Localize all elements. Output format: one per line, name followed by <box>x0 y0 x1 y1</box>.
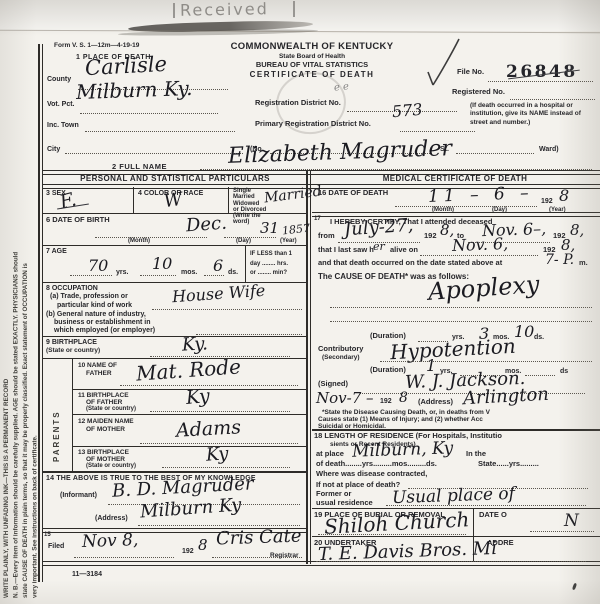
father-name-value: Mat. Rode <box>135 356 241 383</box>
alive-on-label: alive on <box>390 246 418 255</box>
vot-pct-value: Milburn Ky. <box>76 78 193 102</box>
divider <box>318 533 466 535</box>
ink-fleck <box>572 583 577 591</box>
sex-value: F. <box>58 190 78 212</box>
divider <box>310 170 311 564</box>
m-label: m. <box>579 259 588 268</box>
dur2-ds-label: ds <box>560 368 568 376</box>
divider <box>85 130 235 132</box>
signed-year-hand: 8 <box>399 391 408 405</box>
divider <box>330 320 592 322</box>
divider <box>228 187 229 213</box>
month-sublabel: (Month) <box>128 238 150 245</box>
filed-year-printed: 192 <box>182 548 194 556</box>
informant-address-value: Milburn Ky <box>139 496 241 521</box>
secondary-sublabel: (Secondary) <box>322 354 360 361</box>
divider <box>74 556 174 558</box>
burial-date-label: DATE O <box>479 511 507 520</box>
divider <box>42 213 306 214</box>
registrar-label: Registrar <box>270 552 299 559</box>
yrs-label: yrs. <box>116 269 128 277</box>
death-occurred-label: and that death occurred on the date stat… <box>318 259 502 268</box>
last-saw-hand: er <box>373 241 385 252</box>
divider <box>162 466 290 468</box>
time-of-death-value: 7- P. <box>545 253 574 267</box>
occupation-a-line: particular kind of work <box>57 302 132 310</box>
cause-value: Apoplexy <box>427 272 540 304</box>
file-no-label: File No. <box>457 68 484 77</box>
divider <box>196 333 302 335</box>
hospital-note: (If death occurred in a hospital or inst… <box>470 102 594 127</box>
reg-district-value: e e <box>334 82 350 94</box>
form-footer-code: 11—3184 <box>72 571 102 579</box>
of-death-label: of death........yrs.........mos.........… <box>316 460 437 469</box>
death-certificate-scan: Received WRITE PLAINLY, WITH UNFADING IN… <box>0 0 600 604</box>
divider <box>72 414 306 415</box>
parents-group-label: PARENTS <box>52 382 61 462</box>
birthplace-label: 9 BIRTHPLACE <box>46 339 97 347</box>
divider <box>525 374 555 376</box>
signed-date-value: Nov-7 – <box>316 391 374 406</box>
divider <box>133 187 134 213</box>
state-country-sublabel: (State or country) <box>86 406 136 413</box>
contributory-label: Contributory <box>318 345 363 354</box>
certify-num: 17 <box>314 216 321 223</box>
filed-date-value: Nov 8, <box>82 532 139 551</box>
dob-label: 6 DATE OF BIRTH <box>46 216 110 225</box>
father-name-label2: FATHER <box>86 370 112 377</box>
duration2-label: (Duration) <box>370 366 406 375</box>
received-stamp: Received <box>180 1 269 19</box>
divider <box>330 306 592 308</box>
primary-district-value: 573 <box>391 102 423 121</box>
divider <box>80 112 218 114</box>
dob-day-value: 31 <box>260 221 279 236</box>
divider <box>510 98 595 100</box>
divider <box>140 274 176 276</box>
divider <box>65 152 243 154</box>
father-birthplace-value: Ky <box>185 387 210 408</box>
vot-pct-label: Vot. Pct. <box>47 101 74 109</box>
dob-month-value: Dec. <box>185 215 227 236</box>
from-year-printed: 192 <box>424 232 437 241</box>
margin-line: state CAUSE OF DEATH in plain terms, so … <box>21 40 30 598</box>
state-country-sublabel: (State or country) <box>46 347 100 354</box>
inc-town-label: Inc. Town <box>47 122 79 130</box>
signed-address-value: Arlington <box>463 386 550 408</box>
burial-date-value: N <box>564 513 579 530</box>
county-value: Carlisle <box>85 54 168 79</box>
divider <box>95 236 207 238</box>
mother-maiden-label2: OF MOTHER <box>86 426 125 433</box>
divider <box>42 282 306 283</box>
divider <box>456 152 534 154</box>
divider <box>395 205 537 207</box>
informant-address-label: (Address) <box>95 515 128 523</box>
divider <box>70 274 112 276</box>
registrar-signature: Cris Cate <box>216 528 302 549</box>
divider <box>42 336 306 337</box>
divider <box>38 44 40 582</box>
signed-year-printed: 192 <box>380 398 392 406</box>
in-the-label: In the <box>466 450 486 459</box>
from-value: July-27, <box>343 217 414 240</box>
primary-district-label: Primary Registration District No. <box>255 120 371 129</box>
ds-label: ds. <box>228 269 238 277</box>
check-mark-icon <box>422 36 464 90</box>
filed-year-hand: 8 <box>198 538 208 553</box>
divider <box>150 410 290 412</box>
personal-section-heading: PERSONAL AND STATISTICAL PARTICULARS <box>45 174 305 183</box>
dod-year-hand: 8 <box>559 188 569 204</box>
reg-district-label: Registration District No. <box>255 99 341 108</box>
mother-maiden-label: 12 MAIDEN NAME <box>78 418 134 425</box>
signed-label: (Signed) <box>318 380 348 389</box>
occupation-b-line: (b) General nature of industry, <box>46 311 146 319</box>
signed-address-label: (Address) <box>418 398 453 407</box>
at-place-label: at place <box>316 450 344 459</box>
divider <box>316 560 586 562</box>
pencil-tick-left <box>173 3 175 18</box>
dod-year-printed: 192 <box>541 198 553 206</box>
divider <box>312 536 600 537</box>
occupation-b-line: business or establishment in <box>54 319 150 327</box>
year-sublabel: (Year) <box>280 238 297 245</box>
contracted-line: Where was disease contracted, <box>316 470 427 479</box>
divider <box>42 245 306 246</box>
age-months-value: 10 <box>152 256 172 272</box>
informant-label: (Informant) <box>60 492 97 500</box>
birthplace-value: Ky. <box>182 335 209 354</box>
race-value: W <box>163 191 184 211</box>
if-less-note: IF LESS than 1 day ........ hrs. or ....… <box>250 250 304 279</box>
city-ward-label: Ward) <box>539 146 559 154</box>
former-residence-label2: usual residence <box>316 499 373 508</box>
father-name-label: 10 NAME OF <box>78 362 117 369</box>
bureau-subtitle: BUREAU OF VITAL STATISTICS <box>222 61 402 70</box>
state-country-sublabel: (State or country) <box>86 463 136 470</box>
dur1-ds-value: 10 <box>514 324 534 340</box>
occupation-label: 8 OCCUPATION <box>46 285 98 293</box>
occupation-a-line: (a) Trade, profession or <box>50 293 128 301</box>
divider <box>380 360 592 362</box>
if-less-line: IF LESS than 1 <box>250 250 304 260</box>
medical-section-heading: MEDICAL CERTIFICATE OF DEATH <box>312 174 598 183</box>
margin-line: N. B.—Every item of information should b… <box>11 40 20 598</box>
dod-value: 11 – 6 – <box>428 185 534 206</box>
divider <box>386 504 586 506</box>
commonwealth-title: COMMONWEALTH OF KENTUCKY <box>222 42 402 53</box>
divider <box>530 530 594 532</box>
dob-year-value: 1857 <box>282 223 311 237</box>
mother-maiden-value: Adams <box>176 418 242 440</box>
margin-instructions: WRITE PLAINLY, WITH UNFADING INK—THIS IS… <box>2 40 36 598</box>
dod-label: 16 DATE OF DEATH <box>318 189 388 198</box>
pencil-tick-right <box>293 1 295 17</box>
state-yrs-label: State......yrs......... <box>478 460 539 469</box>
age-label: 7 AGE <box>46 248 67 256</box>
margin-line: WRITE PLAINLY, WITH UNFADING INK—THIS IS… <box>2 40 11 598</box>
divider <box>312 212 600 217</box>
divider <box>400 130 475 132</box>
county-label: County <box>47 76 71 84</box>
last-saw-value: Nov. 6, <box>452 236 509 254</box>
divider <box>204 274 224 276</box>
age-years-value: 70 <box>88 258 108 274</box>
mos-label: mos. <box>181 269 197 277</box>
last-saw-label: that I last saw h <box>318 246 374 255</box>
last-year-hand: 8, <box>561 238 575 253</box>
divider <box>152 308 302 310</box>
filed-num: 15 <box>44 532 51 539</box>
divider <box>42 471 306 473</box>
if-less-line: day ........ hrs. <box>250 260 304 270</box>
divider <box>420 254 538 256</box>
city-label: City <box>47 146 60 154</box>
occupation-a-value: House Wife <box>172 283 266 305</box>
age-days-value: 6 <box>213 258 223 274</box>
full-name-value: Elizabeth Magruder <box>228 138 453 168</box>
day-sublabel: (Day) <box>236 238 251 245</box>
divider <box>42 44 43 582</box>
dur1-ds-label: ds. <box>534 334 544 342</box>
form-number: Form V. S. 1—12m—4-19-19 <box>54 42 139 49</box>
if-less-line: or ........ min? <box>250 269 304 279</box>
occupation-b-line: which employed (or employer) <box>54 327 155 335</box>
mother-birthplace-value: Ky <box>205 445 229 465</box>
contributory-value: Hypotention <box>390 336 517 363</box>
divider <box>72 446 306 447</box>
divider <box>245 246 246 282</box>
filed-label: Filed <box>48 543 64 551</box>
from-label: from <box>318 232 335 241</box>
at-place-value: Milburn, Ky <box>352 440 454 461</box>
registered-no-label: Registered No. <box>452 88 505 97</box>
